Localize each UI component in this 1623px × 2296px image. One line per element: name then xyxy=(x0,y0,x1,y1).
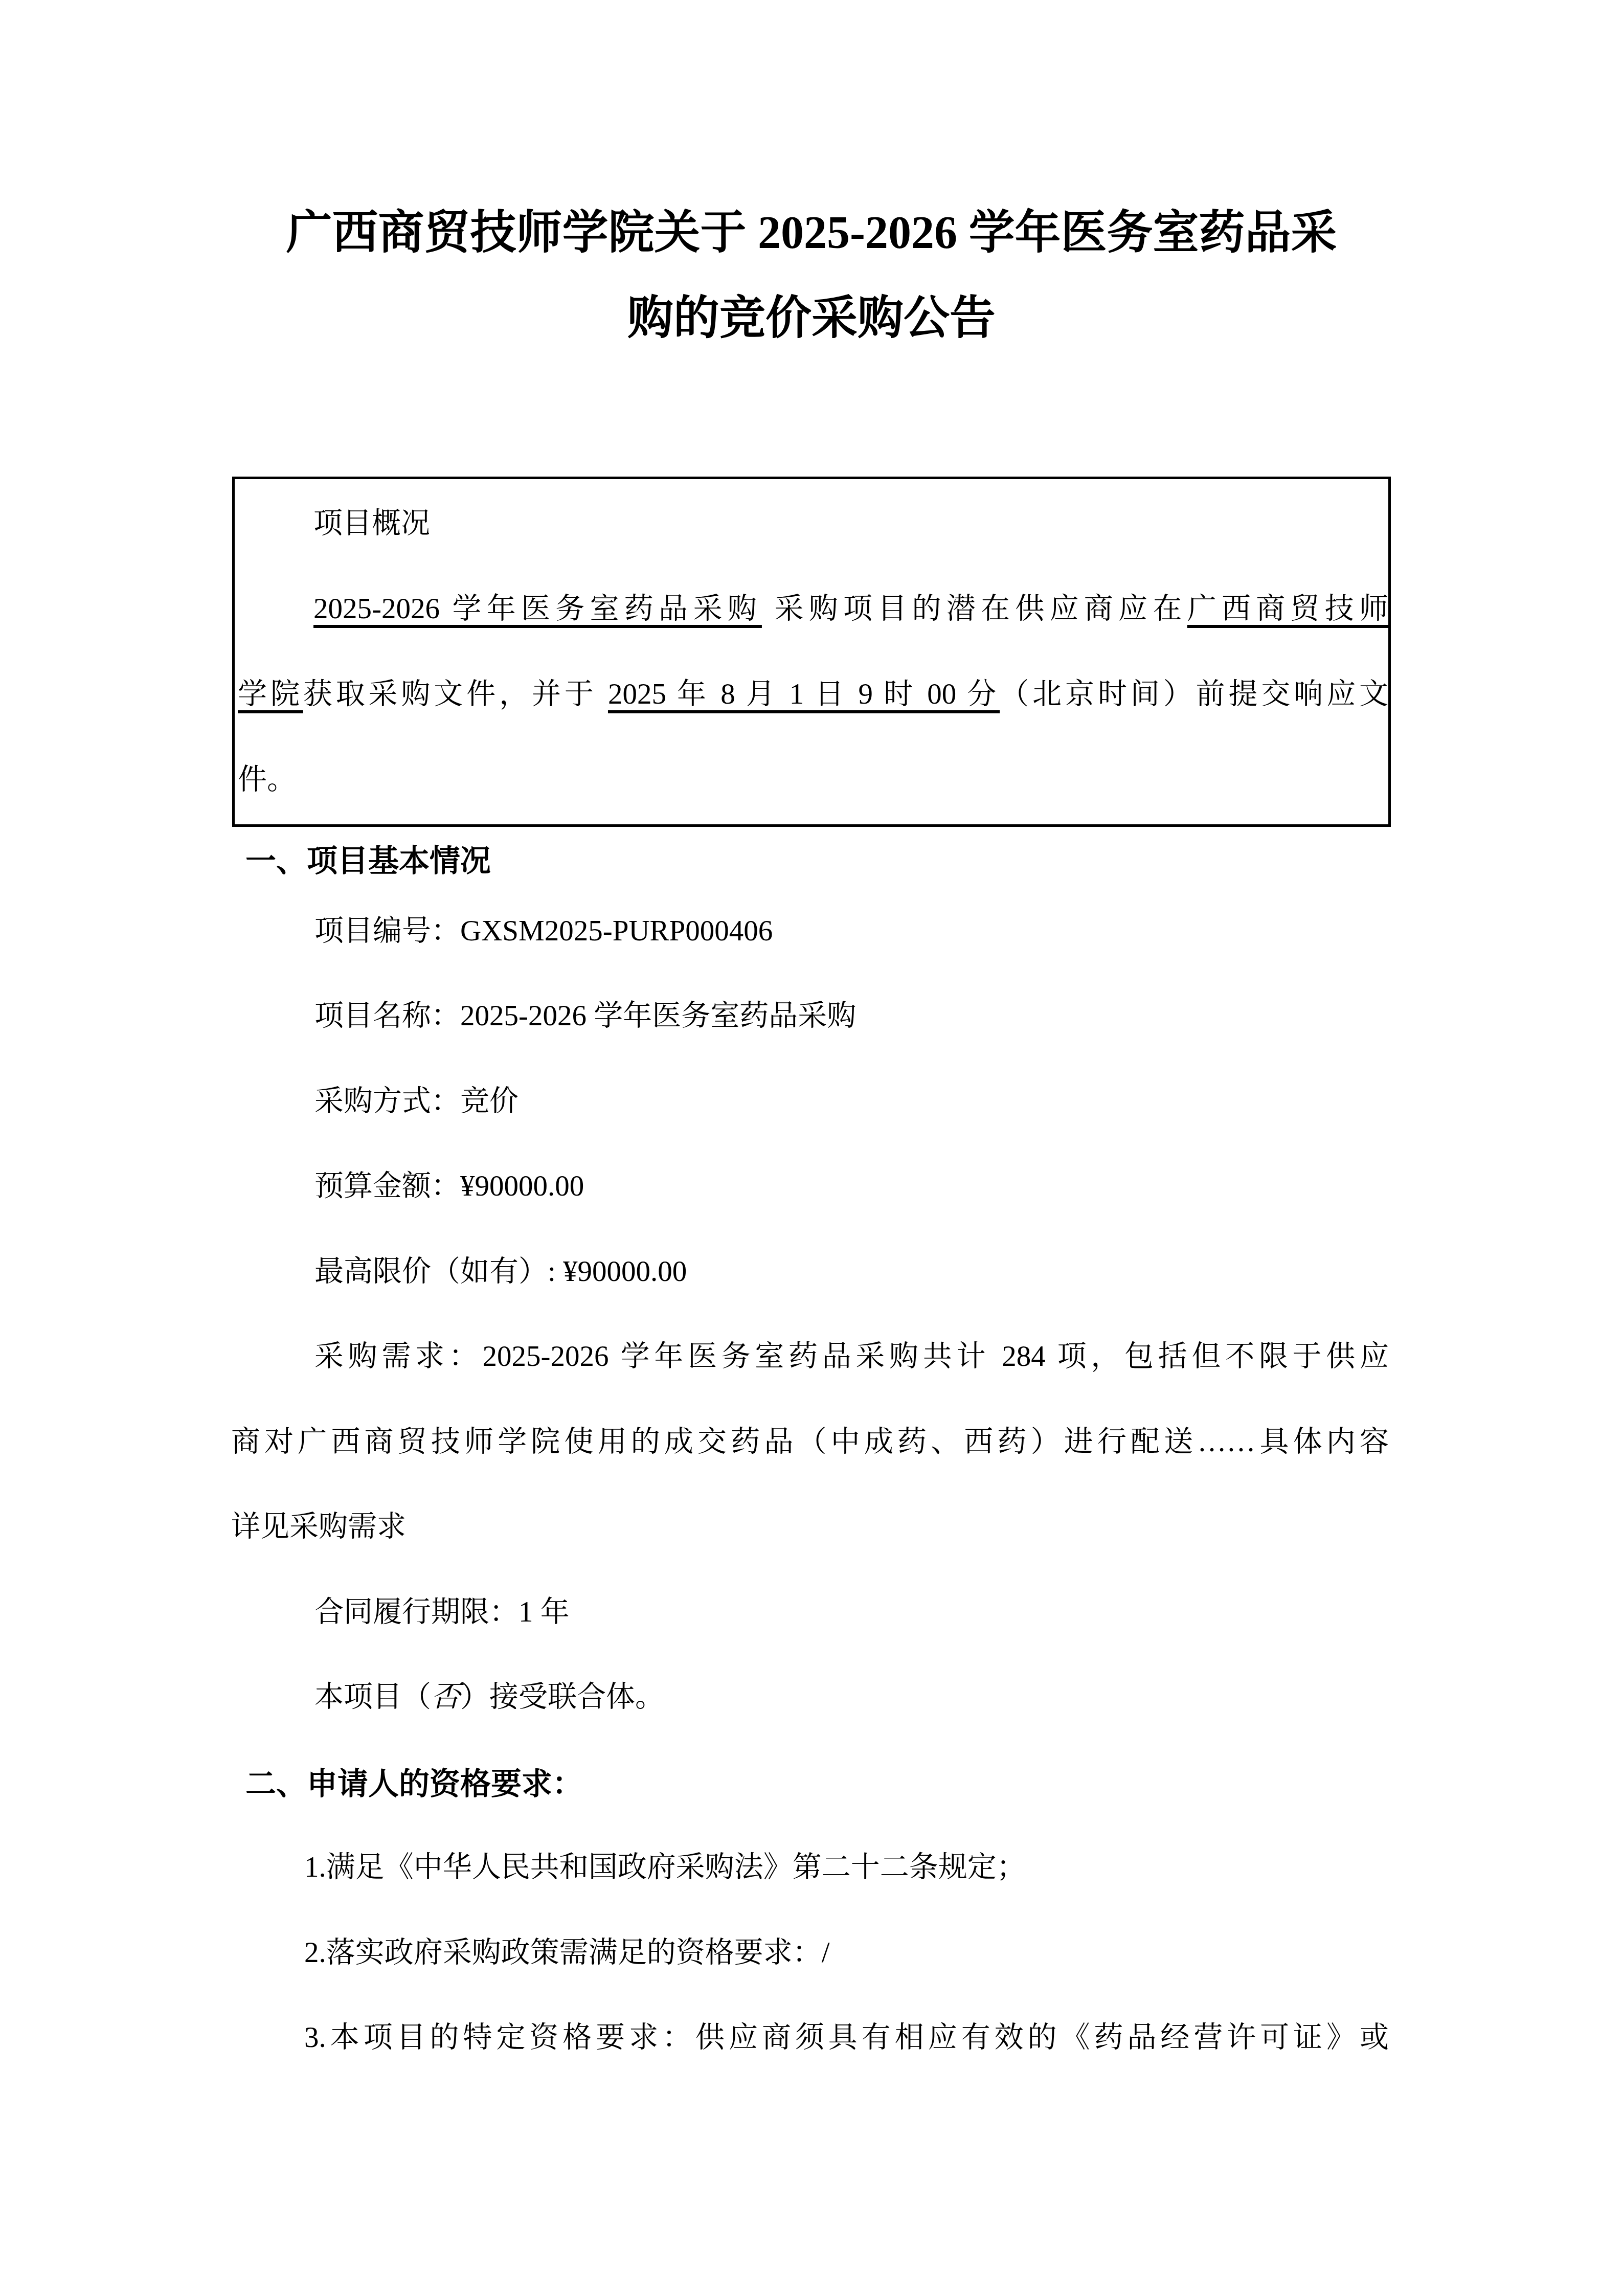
deadline-underlined: 2025 年 8 月 1 日 9 时 00 分 xyxy=(608,678,1000,710)
overview-line-3: 学院获取采购文件，并于 2025 年 8 月 1 日 9 时 00 分（北京时间… xyxy=(238,651,1388,737)
project-overview-box: 项目概况 2025-2026 学年医务室药品采购 采购项目的潜在供应商应在广西商… xyxy=(232,477,1391,827)
project-name-underlined: 2025-2026 学年医务室药品采购 xyxy=(313,593,762,625)
max-price-line: 最高限价（如有）: ¥90000.00 xyxy=(231,1229,1389,1314)
overview-line-4: 件。 xyxy=(238,737,1388,822)
qualification-item-2: 2.落实政府采购政策需满足的资格要求：/ xyxy=(231,1910,1389,1995)
purchaser-name-underlined-part1: 广西商贸技师 xyxy=(1187,593,1388,625)
purchaser-name-underlined-part2: 学院 xyxy=(238,678,303,710)
title-line-1: 广西商贸技师学院关于 2025-2026 学年医务室药品采 xyxy=(0,190,1623,276)
overview-heading: 项目概况 xyxy=(238,481,1388,566)
qualification-item-3: 3.本项目的特定资格要求：供应商须具有相应有效的《药品经营许可证》或 xyxy=(231,1995,1389,2080)
document-title: 广西商贸技师学院关于 2025-2026 学年医务室药品采 购的竞价采购公告 xyxy=(0,190,1623,361)
joint-venture-pre: 本项目（ xyxy=(314,1681,431,1713)
procurement-demand-line-3: 详见采购需求 xyxy=(231,1484,1389,1569)
project-name-line: 项目名称：2025-2026 学年医务室药品采购 xyxy=(231,973,1389,1059)
project-number-line: 项目编号：GXSM2025-PURP000406 xyxy=(231,888,1389,974)
document-page: 广西商贸技师学院关于 2025-2026 学年医务室药品采 购的竞价采购公告 项… xyxy=(0,0,1623,2296)
procurement-method-line: 采购方式：竞价 xyxy=(231,1059,1389,1144)
joint-venture-post: ）接受联合体。 xyxy=(460,1681,664,1713)
overview-line-2: 2025-2026 学年医务室药品采购 采购项目的潜在供应商应在广西商贸技师 xyxy=(238,566,1388,651)
joint-venture-answer: 否 xyxy=(431,1681,460,1713)
title-line-2: 购的竞价采购公告 xyxy=(0,276,1623,361)
budget-amount-line: 预算金额：¥90000.00 xyxy=(231,1143,1389,1229)
procurement-demand-line-1: 采购需求：2025-2026 学年医务室药品采购共计 284 项，包括但不限于供… xyxy=(231,1314,1389,1399)
qualification-item-1: 1.满足《中华人民共和国政府采购法》第二十二条规定； xyxy=(231,1825,1389,1910)
joint-venture-line: 本项目（否）接受联合体。 xyxy=(231,1654,1389,1740)
section2-heading: 二、申请人的资格要求： xyxy=(245,1741,1391,1827)
overview-line-3-text2: （北京时间）前提交响应文 xyxy=(1000,678,1388,710)
procurement-demand-line-2: 商对广西商贸技师学院使用的成交药品（中成药、西药）进行配送……具体内容 xyxy=(231,1399,1389,1484)
overview-line-2-text: 采购项目的潜在供应商应在 xyxy=(762,593,1187,625)
overview-line-3-text1: 获取采购文件，并于 xyxy=(303,678,608,710)
contract-period-line: 合同履行期限：1 年 xyxy=(231,1569,1389,1655)
